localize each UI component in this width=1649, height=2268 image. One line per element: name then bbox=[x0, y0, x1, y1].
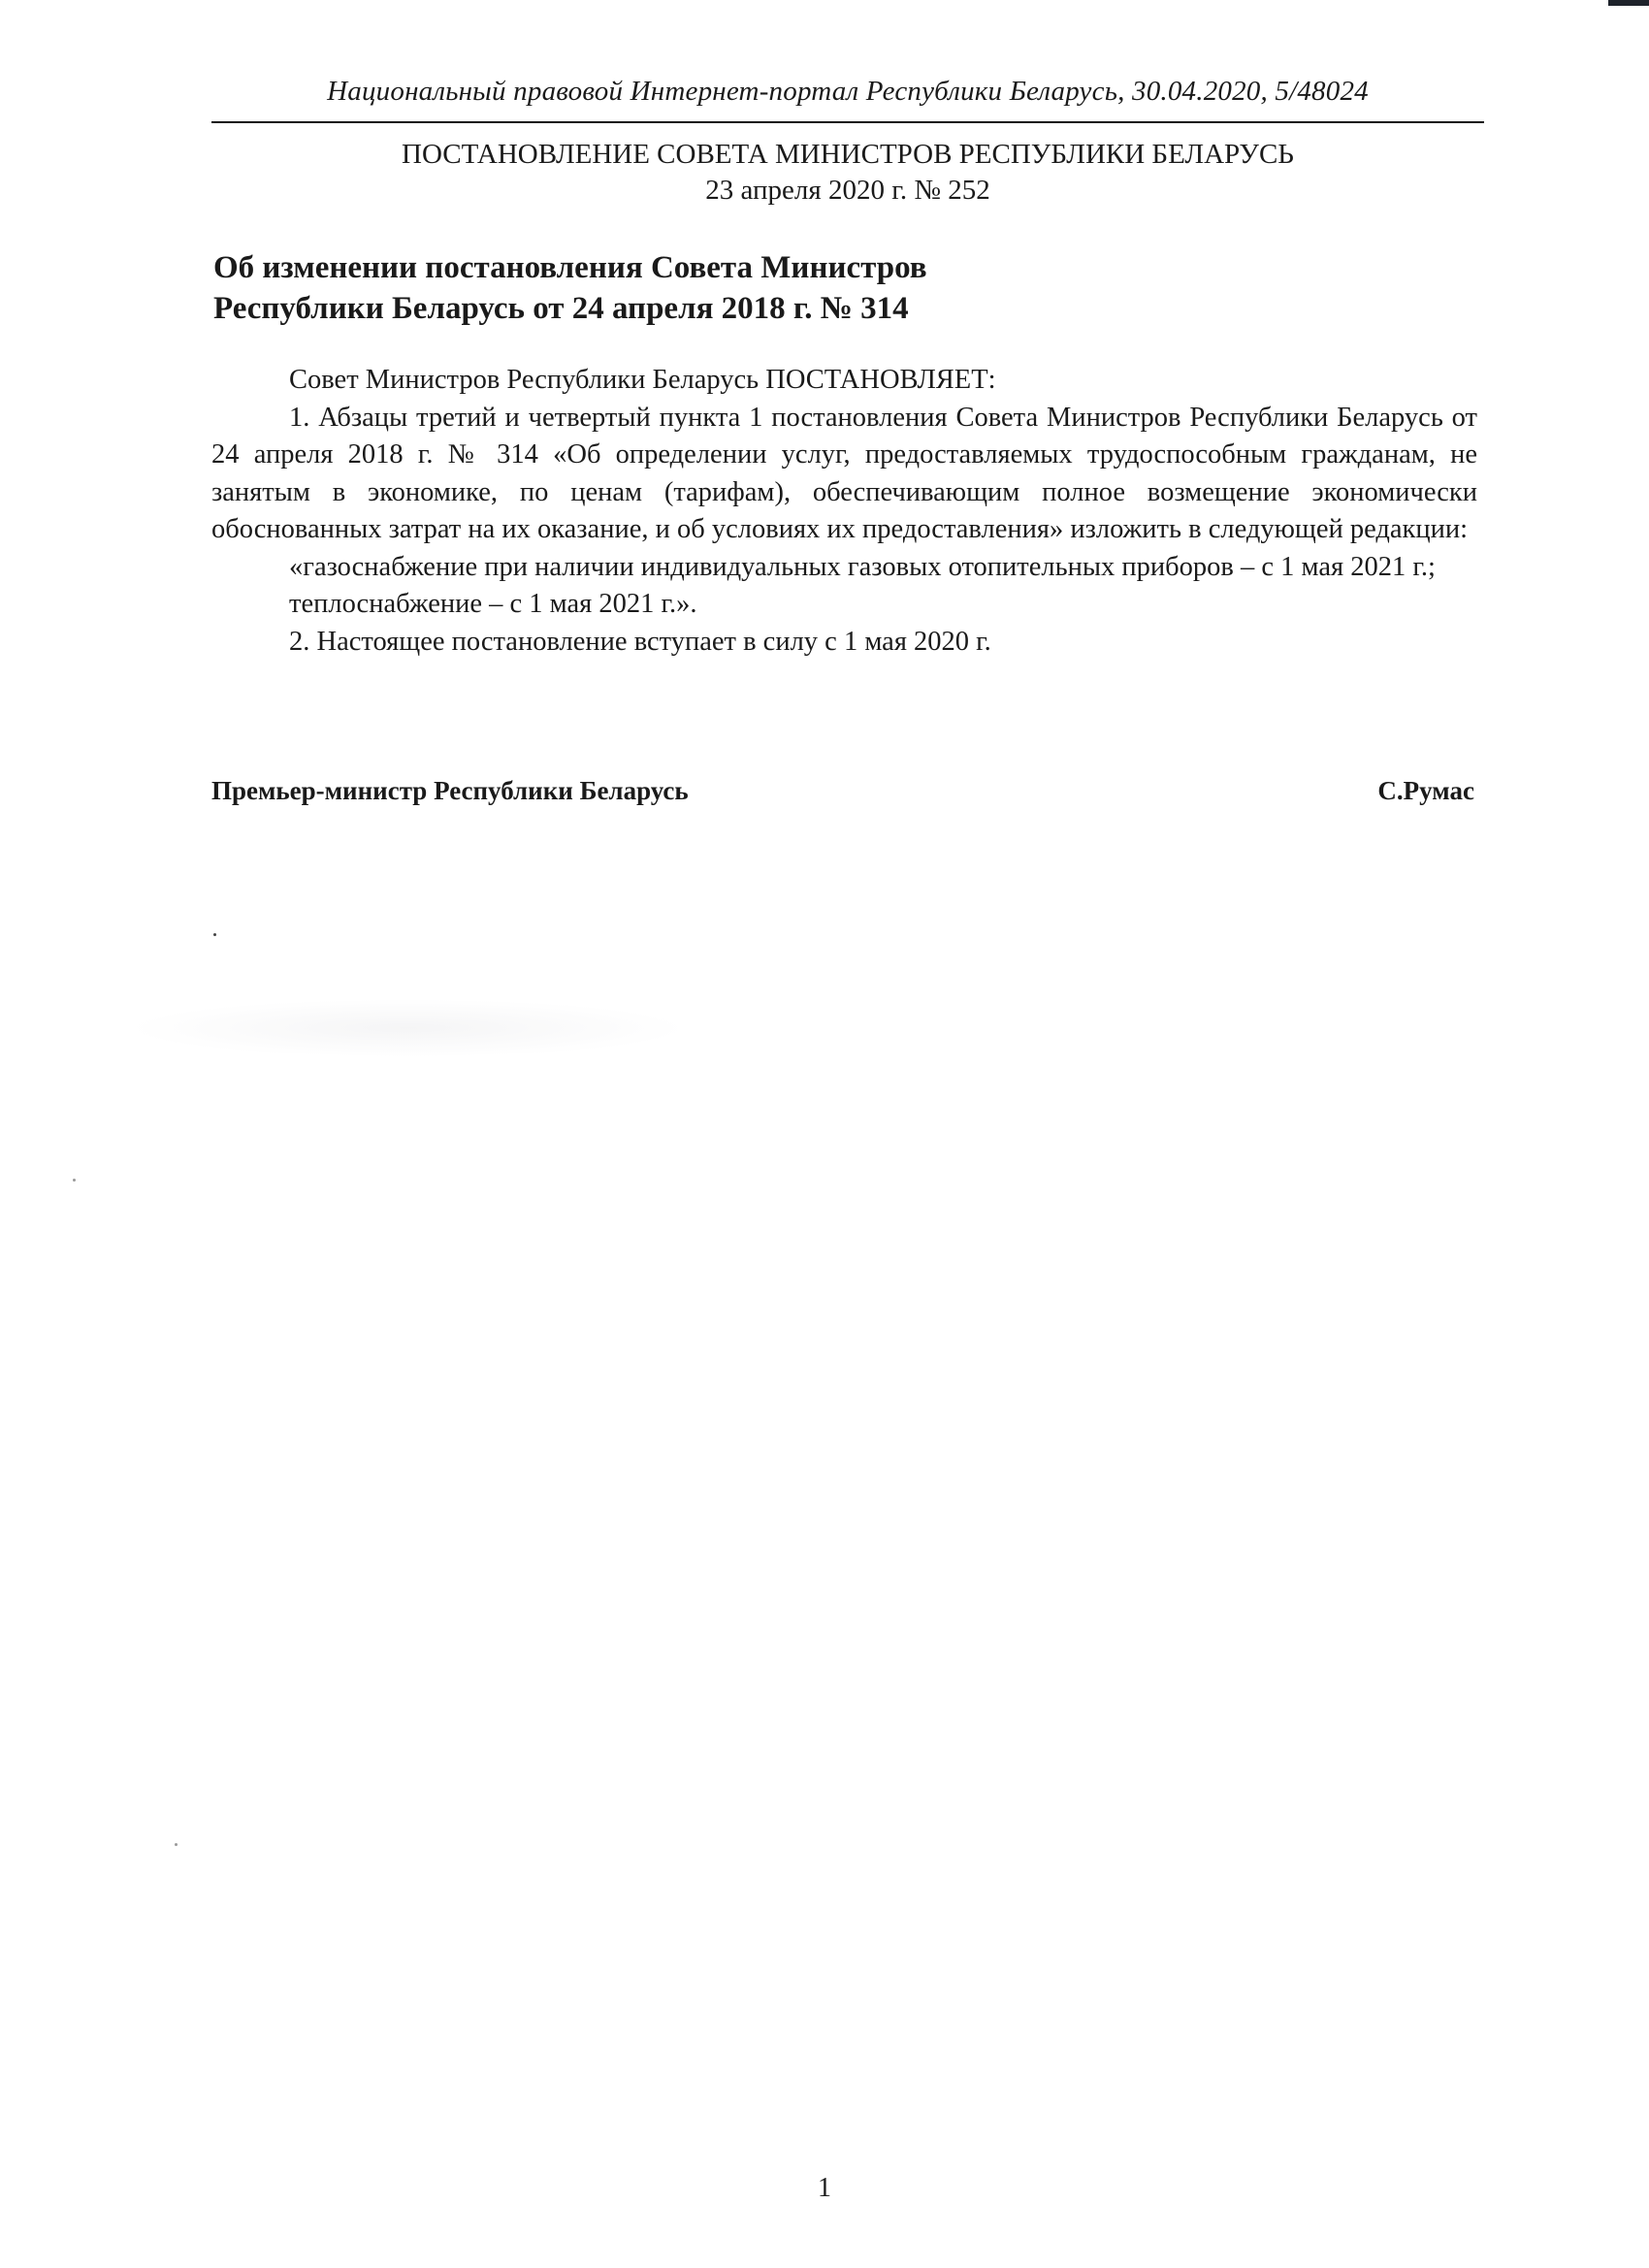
paragraph-item-2: 2. Настоящее постановление вступает в си… bbox=[211, 624, 1477, 662]
signatory-name: С.Румас bbox=[1377, 776, 1474, 806]
paragraph-gas-supply: «газоснабжение при наличии индивидуальны… bbox=[211, 549, 1477, 587]
scan-smudge bbox=[126, 999, 689, 1057]
document-type: ПОСТАНОВЛЕНИЕ СОВЕТА МИНИСТРОВ РЕСПУБЛИК… bbox=[211, 139, 1484, 171]
document-title: Об изменении постановления Совета Минист… bbox=[213, 247, 1183, 329]
page-number: 1 bbox=[0, 2173, 1649, 2204]
paragraph-item-1: 1. Абзацы третий и четвертый пункта 1 по… bbox=[211, 400, 1477, 549]
scan-dot bbox=[213, 933, 216, 936]
title-line-1: Об изменении постановления Совета Минист… bbox=[213, 247, 1183, 288]
scan-speck bbox=[175, 1843, 178, 1846]
document-body: Совет Министров Республики Беларусь ПОСТ… bbox=[211, 362, 1477, 661]
scan-corner-mark bbox=[1608, 0, 1649, 6]
paragraph-heat-supply: теплоснабжение – с 1 мая 2021 г.». bbox=[211, 586, 1477, 624]
title-line-2: Республики Беларусь от 24 апреля 2018 г.… bbox=[213, 288, 1183, 329]
document-date-number: 23 апреля 2020 г. № 252 bbox=[211, 175, 1484, 207]
signatory-position: Премьер-министр Республики Беларусь bbox=[211, 776, 689, 806]
paragraph-preamble: Совет Министров Республики Беларусь ПОСТ… bbox=[211, 362, 1477, 400]
scan-speck bbox=[73, 1179, 76, 1182]
header-divider bbox=[211, 121, 1484, 123]
source-line: Национальный правовой Интернет-портал Ре… bbox=[211, 76, 1484, 108]
